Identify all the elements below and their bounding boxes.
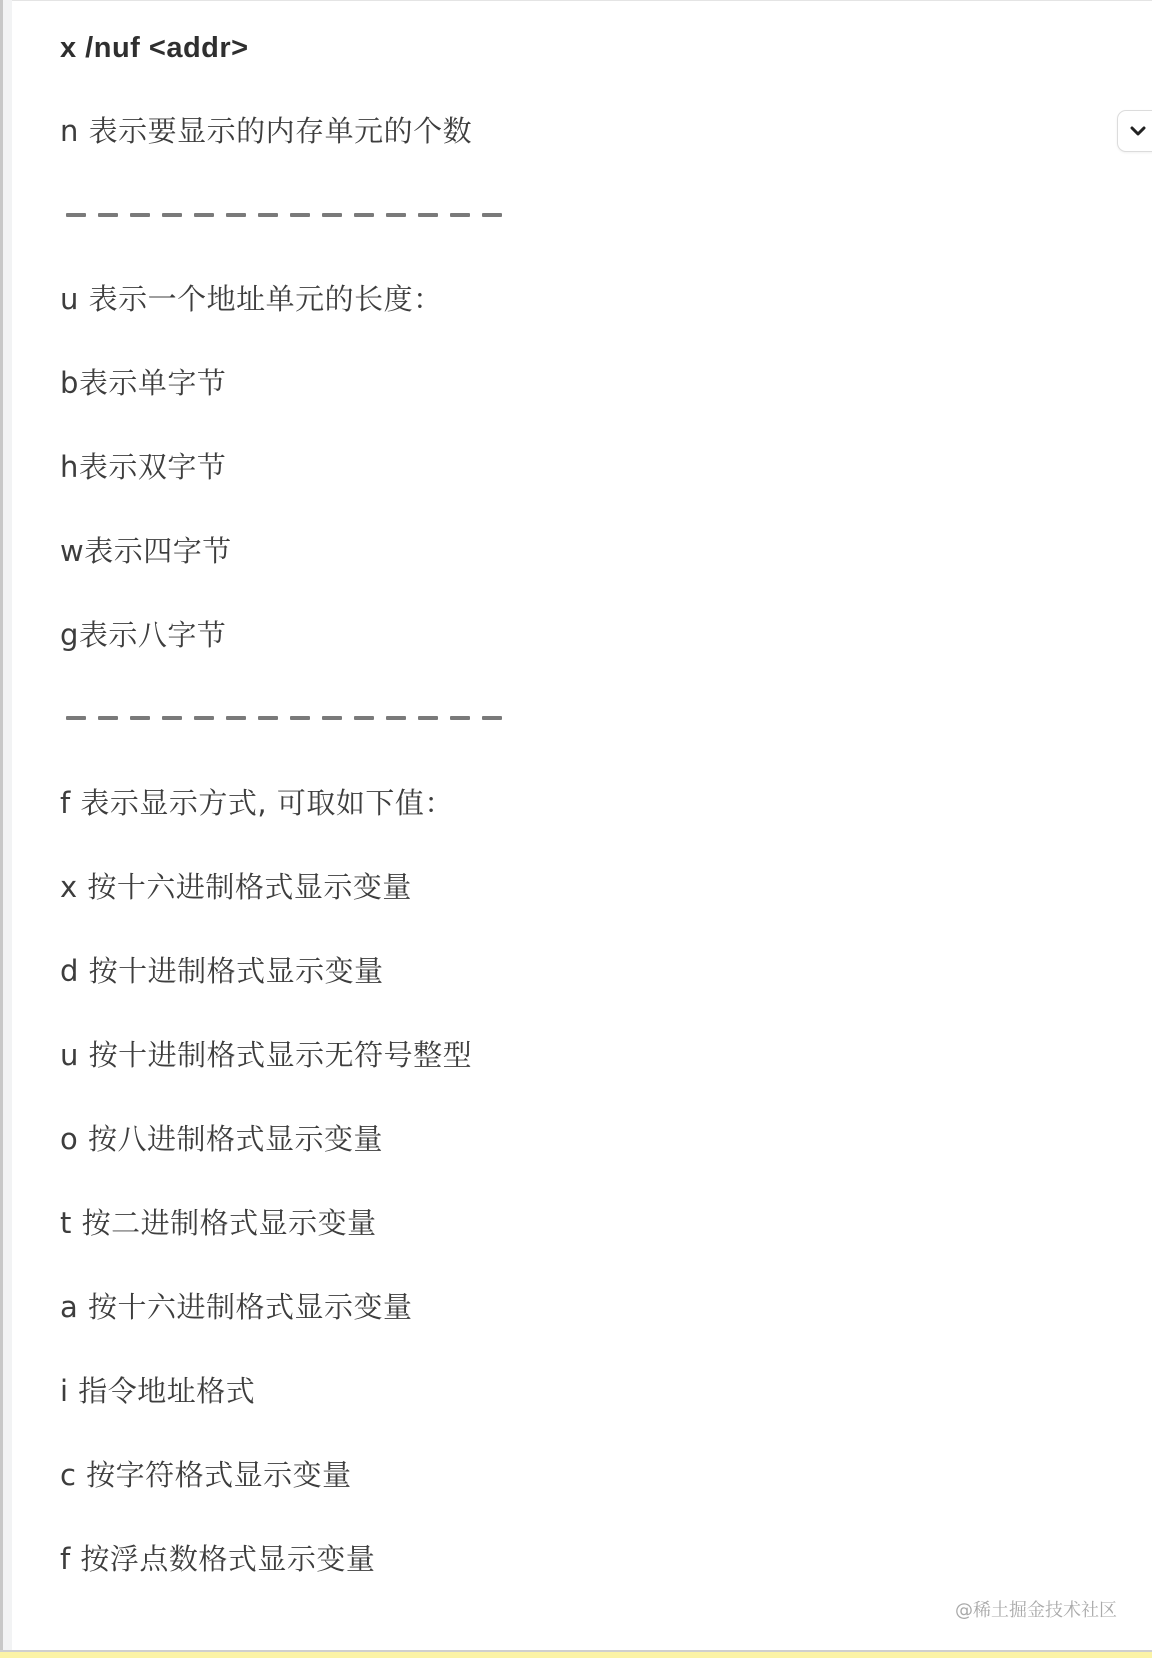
text-line: n 表示要显示的内存单元的个数 (60, 111, 472, 151)
text-line: g表示八字节 (60, 615, 226, 655)
text-line: w表示四字节 (60, 531, 232, 571)
watermark: @稀土掘金技术社区 (955, 1598, 1117, 1624)
text-line: u 表示一个地址单元的长度： (60, 279, 443, 319)
text-line: a 按十六进制格式显示变量 (60, 1287, 413, 1327)
text-line: o 按八进制格式显示变量 (60, 1119, 383, 1159)
dashed-divider (66, 213, 502, 217)
text-line: x 按十六进制格式显示变量 (60, 867, 412, 907)
text-line: d 按十进制格式显示变量 (60, 951, 384, 991)
left-gutter (3, 0, 12, 1651)
text-line: h表示双字节 (60, 447, 226, 487)
top-border (0, 0, 1152, 1)
dashed-divider (66, 716, 502, 720)
text-line: b表示单字节 (60, 363, 226, 403)
text-line: t 按二进制格式显示变量 (60, 1203, 377, 1243)
chevron-down-icon (1129, 124, 1147, 138)
collapse-button[interactable] (1117, 110, 1152, 152)
document-title: x /nuf <addr> (60, 28, 249, 68)
text-line: i 指令地址格式 (60, 1371, 255, 1411)
bottom-highlight-band (0, 1652, 1152, 1658)
text-line: c 按字符格式显示变量 (60, 1455, 352, 1495)
text-line: f 表示显示方式, 可取如下值： (60, 783, 454, 823)
text-line: u 按十进制格式显示无符号整型 (60, 1035, 472, 1075)
text-line: f 按浮点数格式显示变量 (60, 1539, 375, 1579)
